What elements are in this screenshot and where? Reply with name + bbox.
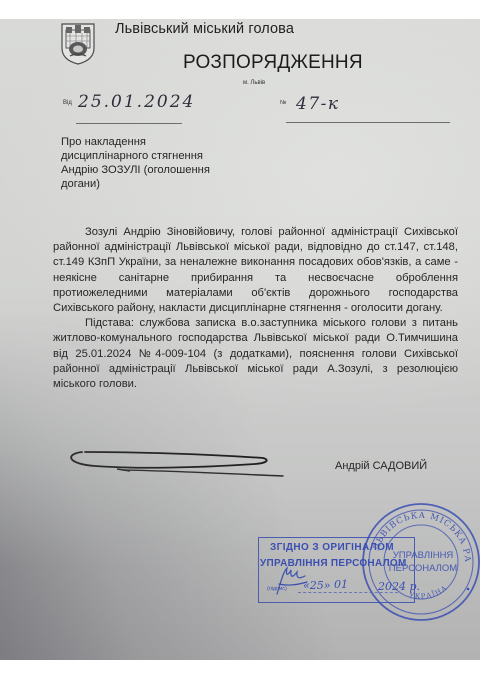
stamp-month: 01 [334, 578, 348, 591]
subject-line: дисциплінарного стягнення [61, 149, 261, 163]
body-paragraph-order: Зозулі Андрію Зіновійовичу, голові район… [53, 225, 458, 316]
issuer-title: Львівський міський голова [115, 21, 294, 37]
lviv-coat-of-arms-icon [60, 22, 96, 66]
date-value: 25.01.2024 [78, 92, 195, 112]
subject-line: Андрію ЗОЗУЛІ (оголошення [61, 163, 261, 177]
subject-line: Про накладення [61, 135, 261, 149]
document-type-heading: РОЗПОРЯДЖЕННЯ [183, 52, 363, 74]
stamp-day: «25» [303, 579, 330, 592]
stamp-certified-text: ЗГІДНО З ОРИГІНАЛОМ [270, 542, 394, 553]
date-underline [76, 123, 182, 124]
body-text: Зозулі Андрію Зіновійовичу, голові район… [53, 225, 458, 392]
subject-line: догани) [61, 177, 261, 191]
number-label: № [280, 100, 286, 106]
subject-block: Про накладення дисциплінарного стягнення… [61, 135, 261, 191]
stamp-date-underline [298, 592, 398, 594]
city-label: м. Львів [243, 80, 265, 86]
date-label: Від [63, 100, 72, 106]
signer-name: Андрій САДОВИЙ [335, 460, 427, 472]
document-page: Львівський міський голова РОЗПОРЯДЖЕННЯ … [0, 19, 480, 660]
number-value: 47-к [296, 94, 340, 114]
signature-scribble-icon [55, 444, 295, 484]
body-paragraph-basis: Підстава: службова записка в.о.заступник… [53, 316, 458, 392]
number-underline [286, 122, 450, 123]
